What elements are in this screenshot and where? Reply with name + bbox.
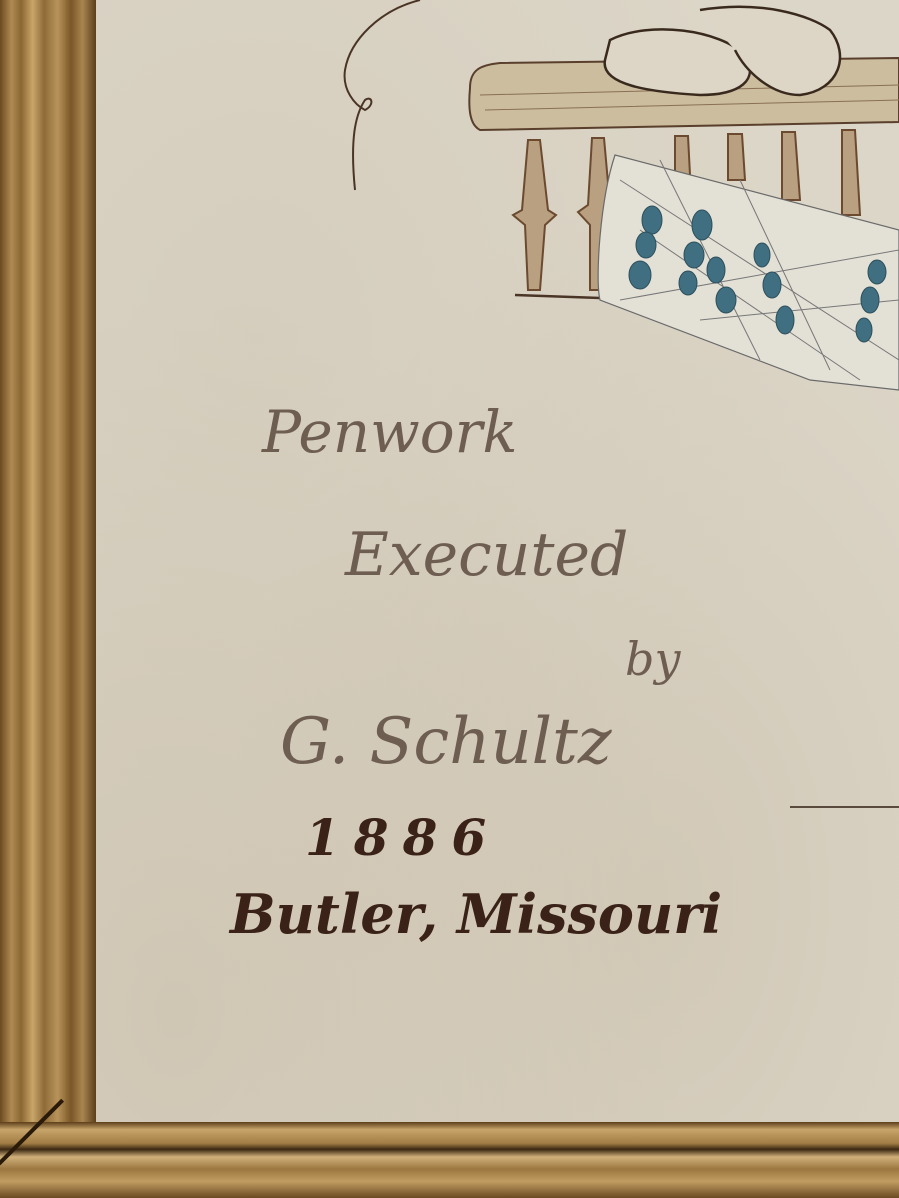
signature-location: Butler, Missouri <box>230 882 722 946</box>
inscription-executed: Executed <box>345 520 628 590</box>
pen-drawing <box>96 0 899 400</box>
inscription-penwork: Penwork <box>262 398 518 466</box>
ink-rule-line <box>790 806 899 808</box>
signature-name: G. Schultz <box>280 705 612 779</box>
frame-bottom-molding <box>0 1122 899 1198</box>
signature-year: 1886 <box>305 808 500 867</box>
frame-left-molding <box>0 0 96 1198</box>
inscription-by: by <box>625 632 680 686</box>
